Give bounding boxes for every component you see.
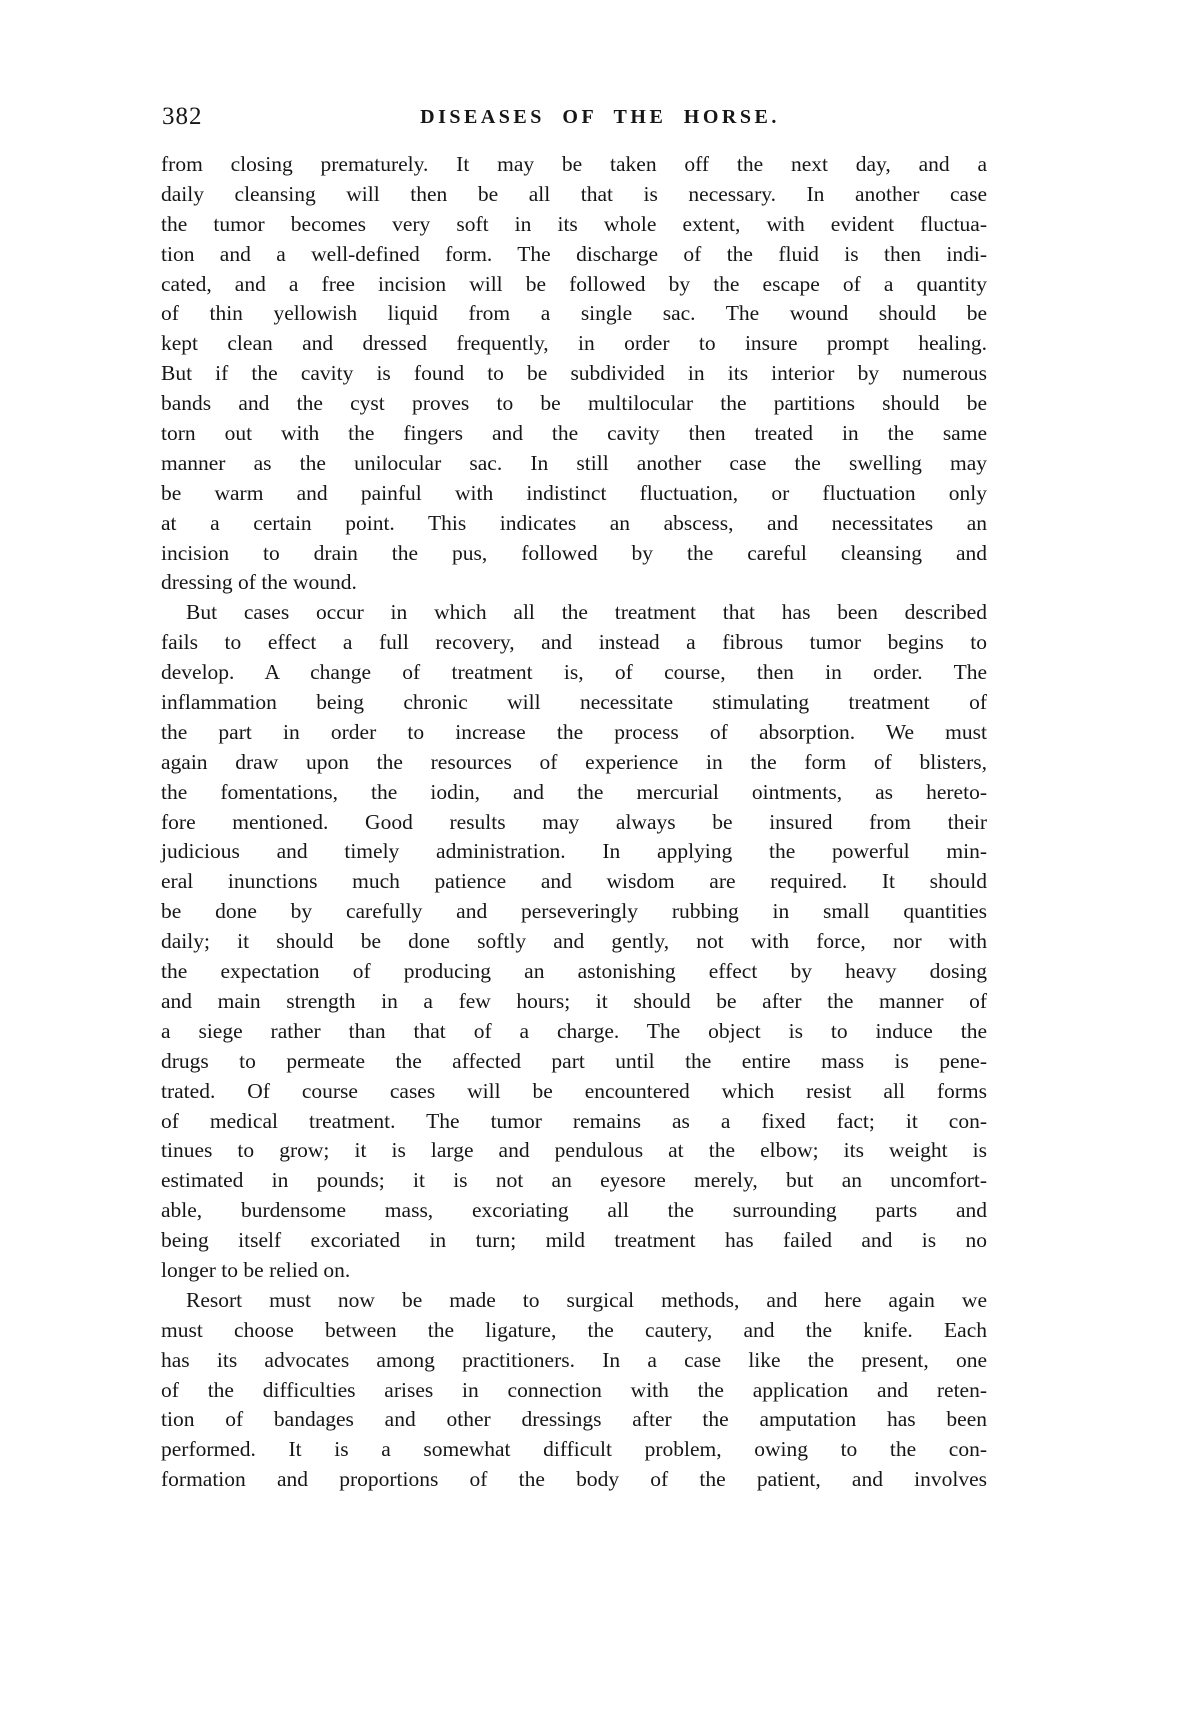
text-line: has its advocates among practitioners. I…	[161, 1346, 987, 1376]
text-line: of medical treatment. The tumor remains …	[161, 1107, 987, 1137]
text-line: inflammation being chronic will necessit…	[161, 688, 987, 718]
text-line: daily cleansing will then be all that is…	[161, 180, 987, 210]
text-line: the fomentations, the iodin, and the mer…	[161, 778, 987, 808]
text-line: tion and a well-defined form. The discha…	[161, 240, 987, 270]
text-line: fails to effect a full recovery, and ins…	[161, 628, 987, 658]
text-line: and main strength in a few hours; it sho…	[161, 987, 987, 1017]
text-line: manner as the unilocular sac. In still a…	[161, 449, 987, 479]
text-line: longer to be relied on.	[161, 1256, 987, 1286]
text-line: must choose between the ligature, the ca…	[161, 1316, 987, 1346]
text-line: from closing prematurely. It may be take…	[161, 150, 987, 180]
text-line: bands and the cyst proves to be multiloc…	[161, 389, 987, 419]
text-line: a siege rather than that of a charge. Th…	[161, 1017, 987, 1047]
text-line: eral inunctions much patience and wisdom…	[161, 867, 987, 897]
text-line: tion of bandages and other dressings aft…	[161, 1405, 987, 1435]
running-head: DISEASES OF THE HORSE.	[0, 106, 1200, 129]
body-text: from closing prematurely. It may be take…	[161, 150, 987, 1495]
text-line: formation and proportions of the body of…	[161, 1465, 987, 1495]
text-line: cated, and a free incision will be follo…	[161, 270, 987, 300]
text-line: be warm and painful with indistinct fluc…	[161, 479, 987, 509]
text-line: judicious and timely administration. In …	[161, 837, 987, 867]
text-line: tinues to grow; it is large and pendulou…	[161, 1136, 987, 1166]
text-line: Resort must now be made to surgical meth…	[161, 1286, 987, 1316]
text-line: of the difficulties arises in connection…	[161, 1376, 987, 1406]
text-line: of thin yellowish liquid from a single s…	[161, 299, 987, 329]
scanned-book-page: 382 DISEASES OF THE HORSE. from closing …	[0, 0, 1200, 1728]
text-line: daily; it should be done softly and gent…	[161, 927, 987, 957]
text-line: kept clean and dressed frequently, in or…	[161, 329, 987, 359]
text-line: But cases occur in which all the treatme…	[161, 598, 987, 628]
paragraph: from closing prematurely. It may be take…	[161, 150, 987, 598]
text-line: fore mentioned. Good results may always …	[161, 808, 987, 838]
text-line: at a certain point. This indicates an ab…	[161, 509, 987, 539]
paragraph: But cases occur in which all the treatme…	[161, 598, 987, 1285]
text-line: performed. It is a somewhat difficult pr…	[161, 1435, 987, 1465]
text-line: incision to drain the pus, followed by t…	[161, 539, 987, 569]
text-line: able, burdensome mass, excoriating all t…	[161, 1196, 987, 1226]
text-line: again draw upon the resources of experie…	[161, 748, 987, 778]
text-line: torn out with the fingers and the cavity…	[161, 419, 987, 449]
text-line: the expectation of producing an astonish…	[161, 957, 987, 987]
text-line: the tumor becomes very soft in its whole…	[161, 210, 987, 240]
text-line: trated. Of course cases will be encounte…	[161, 1077, 987, 1107]
text-line: be done by carefully and perseveringly r…	[161, 897, 987, 927]
text-line: drugs to permeate the affected part unti…	[161, 1047, 987, 1077]
text-line: the part in order to increase the proces…	[161, 718, 987, 748]
text-line: being itself excoriated in turn; mild tr…	[161, 1226, 987, 1256]
paragraph: Resort must now be made to surgical meth…	[161, 1286, 987, 1495]
text-line: estimated in pounds; it is not an eyesor…	[161, 1166, 987, 1196]
text-line: develop. A change of treatment is, of co…	[161, 658, 987, 688]
text-line: dressing of the wound.	[161, 568, 987, 598]
text-line: But if the cavity is found to be subdivi…	[161, 359, 987, 389]
